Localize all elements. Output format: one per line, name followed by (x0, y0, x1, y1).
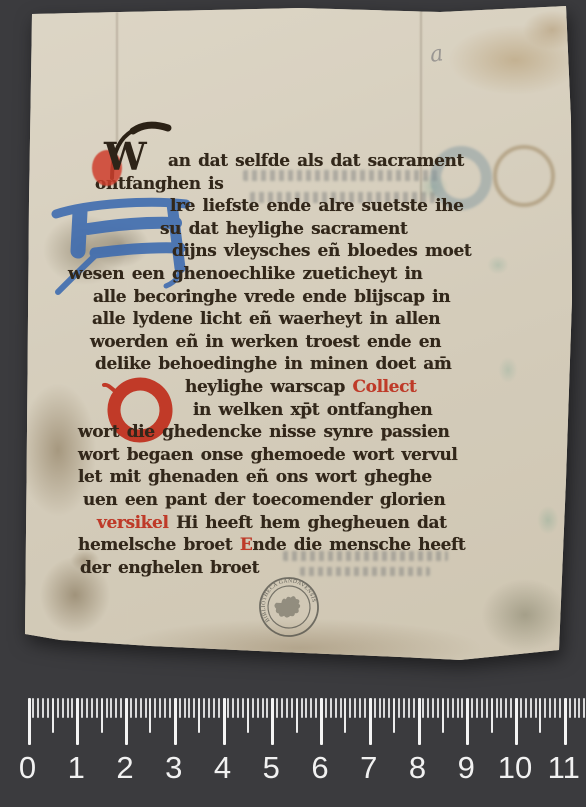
ruler-tick (262, 698, 264, 718)
ruler-tick (52, 698, 54, 733)
ruler-tick (286, 698, 288, 718)
ruler-tick (296, 698, 298, 733)
ruler-tick (578, 698, 580, 718)
ruler: 01234567891011 (0, 690, 586, 807)
photo-backdrop: a W (0, 0, 586, 807)
text-line: versikel Hi heeft hem ghegheuen dat (0, 513, 586, 535)
ruler-tick (437, 698, 439, 718)
text-line: wesen een ghenoechlike zueticheyt in (0, 264, 586, 286)
text-line: wort die ghedencke nisse synre passien (0, 422, 586, 444)
text-segment: an dat selfde als dat sacrament (168, 151, 464, 171)
ruler-tick (320, 698, 323, 745)
text-line: let mit ghenaden eñ ons wort gheghe (0, 467, 586, 489)
ruler-number: 3 (165, 750, 182, 786)
ruler-tick (76, 698, 79, 745)
text-segment: let mit ghenaden eñ ons wort gheghe (78, 467, 432, 487)
ruler-tick (530, 698, 532, 718)
text-segment: alle becoringhe vrede ende blijscap in (93, 287, 450, 307)
parchment: a W (0, 0, 586, 680)
ruler-tick (169, 698, 171, 718)
ruler-tick (115, 698, 117, 718)
ruler-tick (442, 698, 444, 733)
library-stamp: BIBLIOTHECA GANDAVENSIS (252, 570, 327, 645)
ruler-tick (525, 698, 527, 718)
ruler-tick (266, 698, 268, 718)
ruler-tick (62, 698, 64, 718)
text-line: hemelsche broet Ende die mensche heeft (0, 535, 586, 557)
ruler-tick (81, 698, 83, 718)
ruler-tick (344, 698, 346, 733)
ruler-tick (452, 698, 454, 718)
text-segment: su dat heylighe sacrament (160, 219, 407, 239)
ruler-tick (496, 698, 498, 718)
text-segment: Collect (353, 377, 417, 397)
ruler-tick (57, 698, 59, 718)
ruler-number: 0 (19, 750, 36, 786)
text-segment: alle lydene licht eñ waerheyt in allen (92, 309, 440, 329)
ruler-tick (354, 698, 356, 718)
ruler-tick (413, 698, 415, 718)
text-segment: der enghelen broet (80, 558, 259, 578)
ruler-tick (67, 698, 69, 718)
ruler-tick (120, 698, 122, 718)
ruler-tick (257, 698, 259, 718)
ruler-tick (315, 698, 317, 718)
ruler-tick (208, 698, 210, 718)
ruler-number: 7 (360, 750, 377, 786)
ruler-number: 4 (214, 750, 231, 786)
text-line: uen een pant der toecomender glorien (0, 490, 586, 512)
ruler-tick (539, 698, 541, 733)
text-segment: lre liefste ende alre suetste ihe (170, 196, 464, 216)
ruler-tick (252, 698, 254, 718)
ruler-tick (47, 698, 49, 718)
ruler-tick (291, 698, 293, 718)
ruler-tick (422, 698, 424, 718)
ruler-tick (408, 698, 410, 718)
ruler-tick (535, 698, 537, 718)
ruler-number: 6 (311, 750, 328, 786)
initial-w: W (104, 138, 147, 176)
ruler-tick (554, 698, 556, 718)
ruler-number: 8 (409, 750, 426, 786)
text-segment: woerden eñ in werken troest ende en (90, 332, 441, 352)
ruler-tick (86, 698, 88, 718)
ruler-tick (42, 698, 44, 718)
ruler-tick (198, 698, 200, 733)
ruler-tick (188, 698, 190, 718)
ruler-tick (330, 698, 332, 718)
ruler-tick (101, 698, 103, 733)
text-segment: wesen een ghenoechlike zueticheyt in (68, 264, 422, 284)
text-segment: wort begaen onse ghemoede wort vervul (78, 445, 457, 465)
ruler-tick (364, 698, 366, 718)
ruler-tick (461, 698, 463, 718)
ruler-tick (583, 698, 585, 718)
ruler-tick (271, 698, 274, 745)
ruler-tick (418, 698, 421, 745)
text-segment: uen een pant der toecomender glorien (83, 490, 445, 510)
ruler-tick (569, 698, 571, 718)
ruler-tick (515, 698, 518, 745)
text-segment: heylighe warscap (185, 377, 353, 397)
ruler-tick (159, 698, 161, 718)
ruler-tick (135, 698, 137, 718)
ruler-tick (28, 698, 31, 745)
ruler-tick (379, 698, 381, 718)
text-segment: nde die mensche heeft (252, 535, 465, 555)
ruler-tick (125, 698, 128, 745)
ruler-number: 5 (263, 750, 280, 786)
ruler-tick (559, 698, 561, 718)
text-line: heylighe warscap Collect (0, 377, 586, 399)
text-line: woerden eñ in werken troest ende en (0, 332, 586, 354)
ruler-tick (349, 698, 351, 718)
ruler-tick (393, 698, 395, 733)
ruler-tick (140, 698, 142, 718)
ruler-tick (398, 698, 400, 718)
ruler-tick (281, 698, 283, 718)
ruler-tick (544, 698, 546, 718)
text-segment: hemelsche broet (78, 535, 240, 555)
text-segment: Hi heeft hem ghegheuen dat (176, 513, 447, 533)
ruler-tick (335, 698, 337, 718)
text-line: wort begaen onse ghemoede wort vervul (0, 445, 586, 467)
ruler-tick (500, 698, 502, 718)
ruler-tick (32, 698, 34, 718)
ruler-tick (71, 698, 73, 718)
ruler-tick (227, 698, 229, 718)
text-segment: wort die ghedencke nisse synre passien (78, 422, 449, 442)
text-segment: in welken xp̄t ontfanghen (193, 400, 432, 420)
ruler-tick (369, 698, 372, 745)
text-line: alle becoringhe vrede ende blijscap in (0, 287, 586, 309)
parchment-shadow: a W (0, 0, 586, 807)
ruler-tick (218, 698, 220, 718)
ruler-tick (388, 698, 390, 718)
ruler-tick (476, 698, 478, 718)
ruler-tick (91, 698, 93, 718)
ruler-tick (564, 698, 567, 745)
ruler-number: 11 (548, 750, 580, 786)
ruler-tick (457, 698, 459, 718)
stamp-lion-icon (273, 595, 301, 619)
ruler-tick (110, 698, 112, 718)
text-line: dijns vleysches eñ bloedes moet (0, 241, 586, 263)
ruler-tick (174, 698, 177, 745)
ruler-tick (130, 698, 132, 718)
ruler-tick (106, 698, 108, 718)
ruler-tick (213, 698, 215, 718)
ruler-number: 10 (498, 750, 532, 786)
ruler-tick (237, 698, 239, 718)
ruler-tick (276, 698, 278, 718)
text-line: delike behoedinghe in minen doet am̄ (0, 354, 586, 376)
ruler-tick (520, 698, 522, 718)
folio-pencil-mark: a (428, 41, 444, 68)
text-line: lre liefste ende alre suetste ihe (0, 196, 586, 218)
ruler-tick (481, 698, 483, 718)
ruler-tick (549, 698, 551, 718)
ruler-tick (466, 698, 469, 745)
text-line: alle lydene licht eñ waerheyt in allen (0, 309, 586, 331)
ruler-tick (223, 698, 226, 745)
ruler-tick (359, 698, 361, 718)
ruler-tick (447, 698, 449, 718)
ruler-tick (164, 698, 166, 718)
ruler-tick (471, 698, 473, 718)
text-line: su dat heylighe sacrament (0, 219, 586, 241)
text-segment: dijns vleysches eñ bloedes moet (172, 241, 471, 261)
ruler-tick (383, 698, 385, 718)
text-segment: delike behoedinghe in minen doet am̄ (95, 354, 452, 374)
ruler-tick (510, 698, 512, 718)
ruler-tick (193, 698, 195, 718)
ruler-tick (374, 698, 376, 718)
ruler-tick (242, 698, 244, 718)
ruler-tick (184, 698, 186, 718)
ruler-number: 1 (68, 750, 85, 786)
ruler-tick (432, 698, 434, 718)
ruler-tick (305, 698, 307, 718)
ruler-tick (203, 698, 205, 718)
ruler-tick (310, 698, 312, 718)
ruler-tick (574, 698, 576, 718)
ruler-tick (96, 698, 98, 718)
text-line: an dat selfde als dat sacrament (0, 151, 586, 173)
crease-line (116, 12, 118, 142)
ruler-tick (247, 698, 249, 733)
ruler-tick (149, 698, 151, 733)
ruler-tick (232, 698, 234, 718)
text-line: ontfanghen is (0, 174, 586, 196)
ruler-tick (486, 698, 488, 718)
ruler-tick (340, 698, 342, 718)
ruler-tick (325, 698, 327, 718)
ruler-tick (179, 698, 181, 718)
ruler-tick (403, 698, 405, 718)
ruler-number: 9 (458, 750, 475, 786)
ruler-tick (505, 698, 507, 718)
ruler-tick (301, 698, 303, 718)
text-segment: E (240, 535, 253, 555)
ruler-tick (154, 698, 156, 718)
ruler-tick (491, 698, 493, 733)
ruler-number: 2 (116, 750, 133, 786)
text-line: in welken xp̄t ontfanghen (0, 400, 586, 422)
ruler-tick (427, 698, 429, 718)
ruler-tick (145, 698, 147, 718)
ruler-tick (37, 698, 39, 718)
text-segment: versikel (97, 513, 176, 533)
